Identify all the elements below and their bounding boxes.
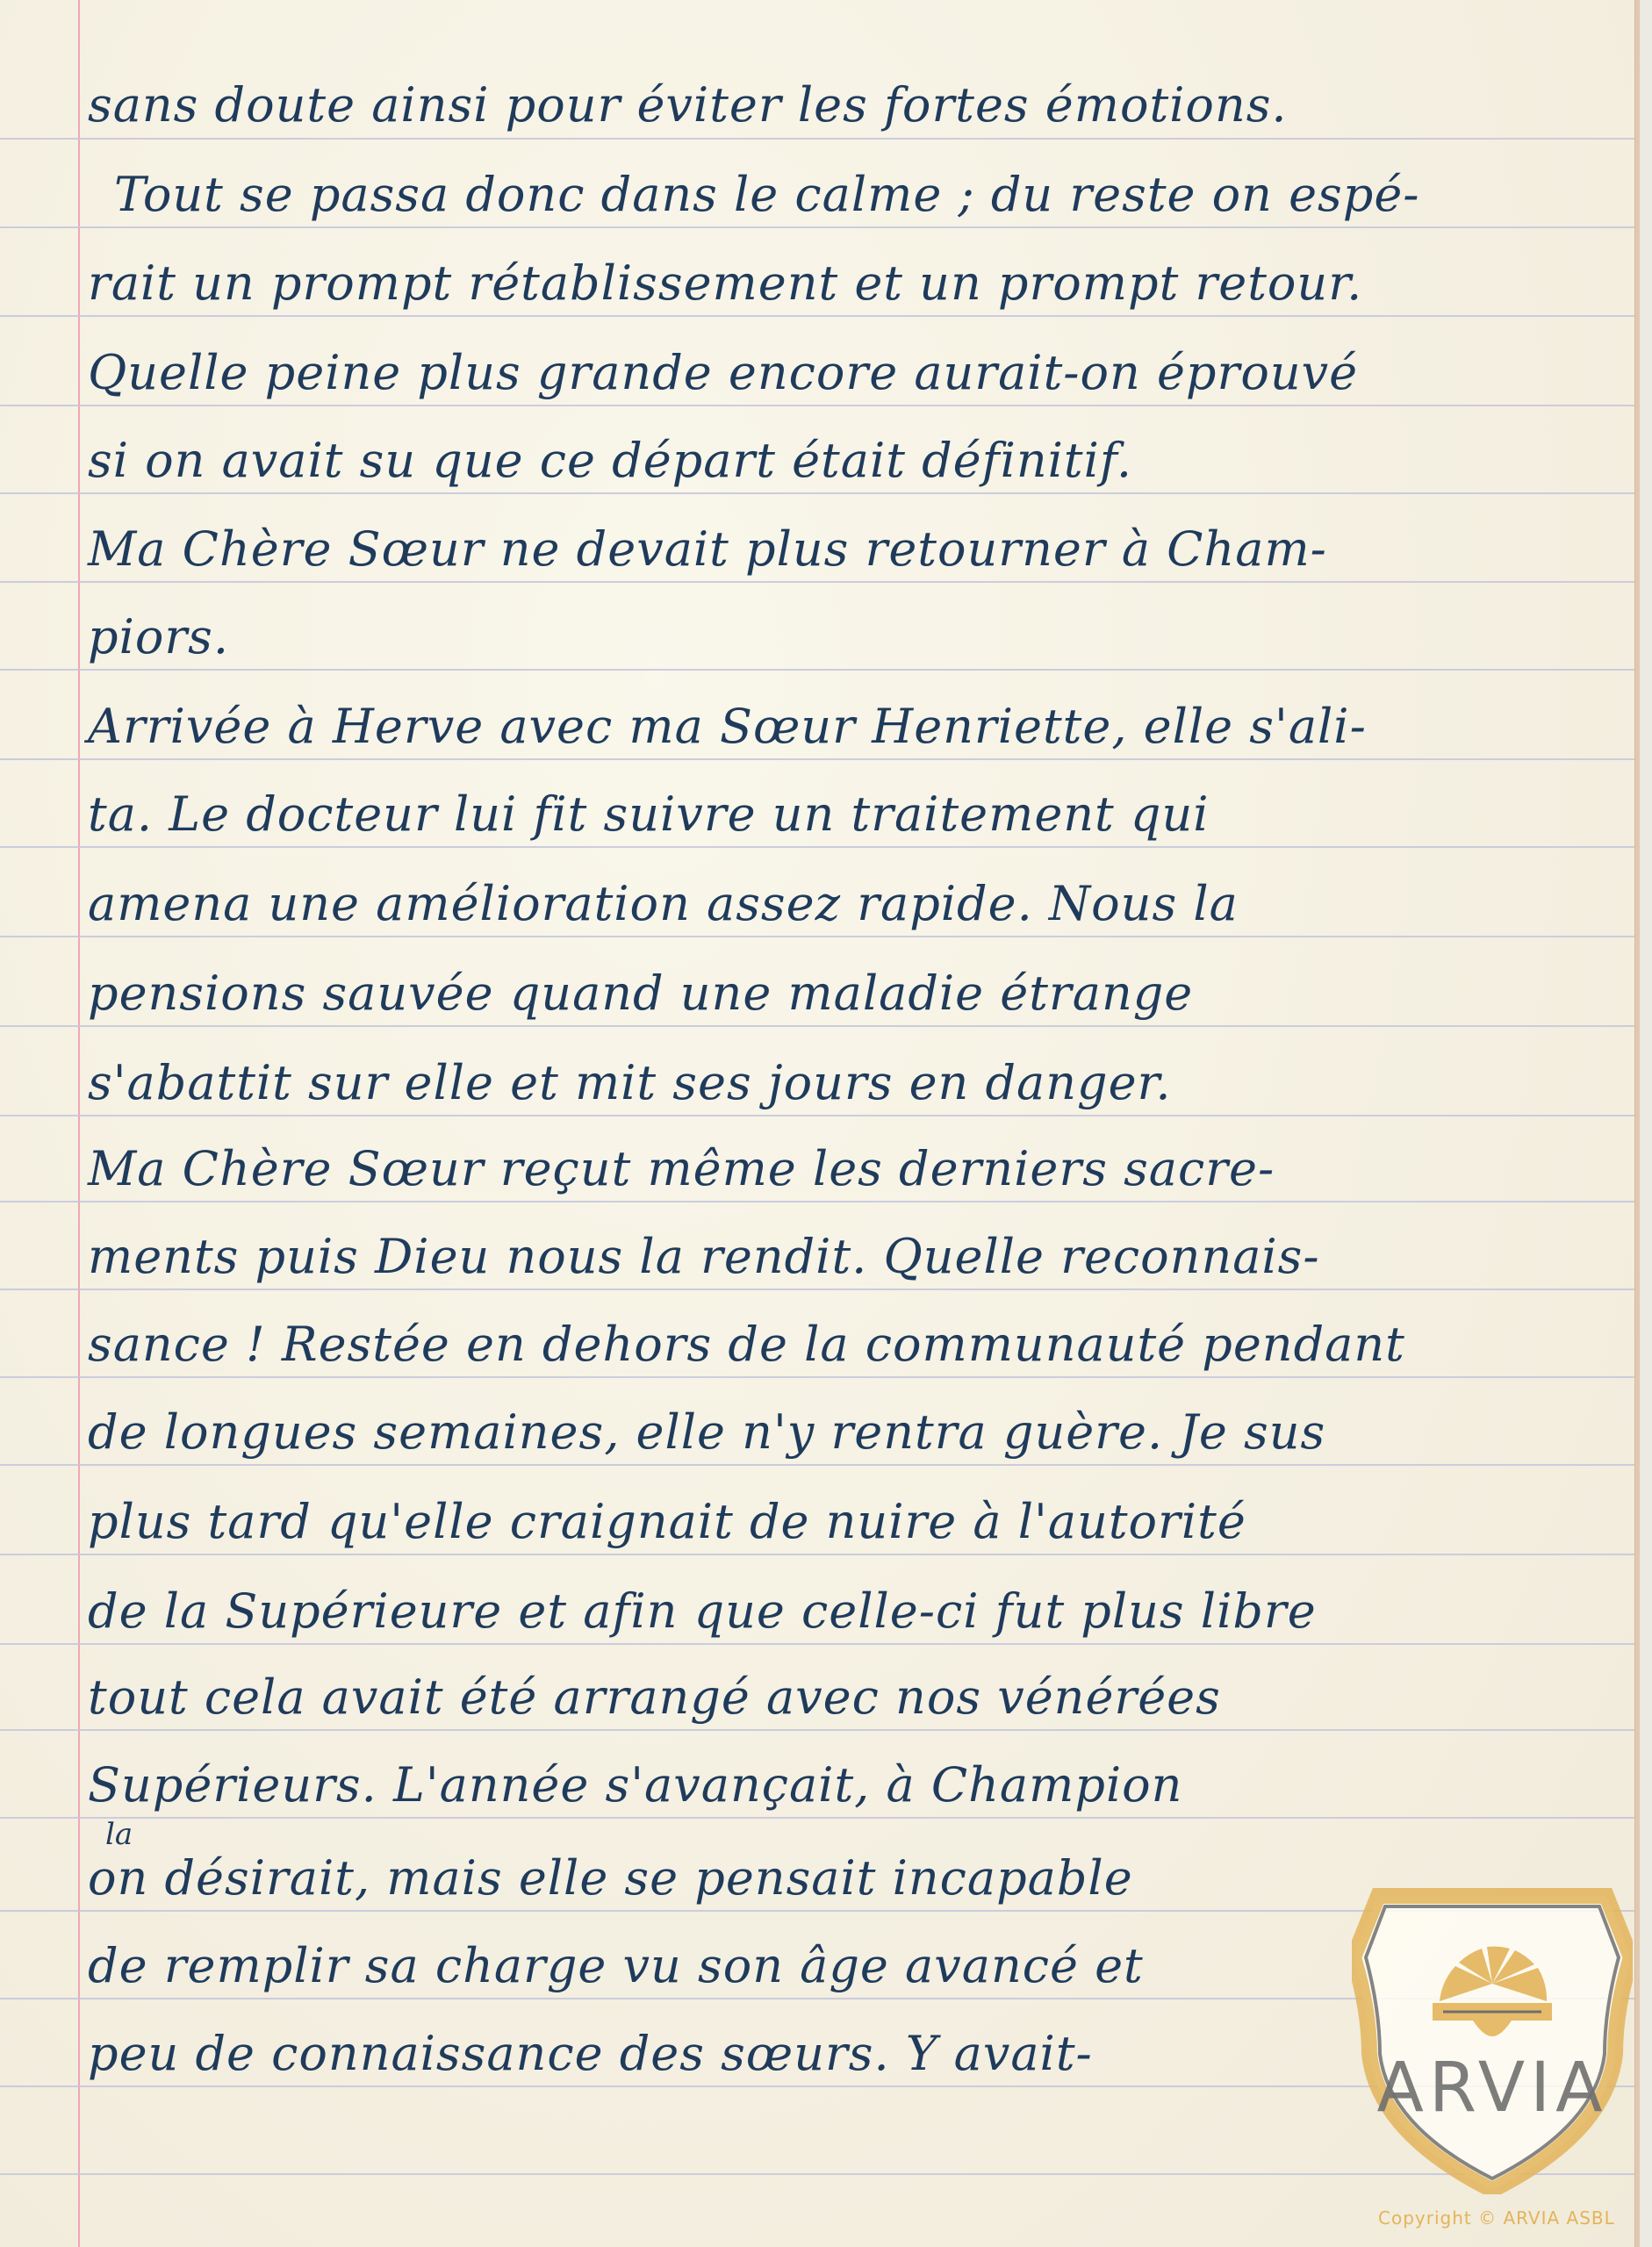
handwritten-line: peu de connaissance des sœurs. Y avait- [88,2026,1093,2081]
handwritten-line: Arrivée à Herve avec ma Sœur Henriette, … [88,699,1367,754]
handwritten-line: sance ! Restée en dehors de la communaut… [88,1317,1405,1372]
arvia-watermark-logo: ARVIA [1352,1870,1633,2194]
ruled-line [0,1729,1634,1731]
ruled-line [0,1289,1634,1290]
handwritten-line: piors. [88,609,229,664]
handwritten-line: de la Supérieure et afin que celle-ci fu… [88,1583,1317,1639]
ruled-line [0,936,1634,937]
handwritten-line: on désirait, mais elle se pensait incapa… [88,1850,1133,1906]
handwritten-line: s'abattit sur elle et mit ses jours en d… [88,1055,1172,1110]
svg-text:ARVIA: ARVIA [1376,2049,1607,2128]
handwritten-line: Ma Chère Sœur ne devait plus retourner à… [88,521,1327,577]
ruled-line [0,1817,1634,1819]
handwritten-line: si on avait su que ce départ était défin… [88,433,1132,488]
ruled-line [0,1464,1634,1466]
shield-book-icon: ARVIA [1352,1870,1633,2194]
ruled-line [0,581,1634,583]
ruled-line [0,1201,1634,1202]
handwritten-line: tout cela avait été arrangé avec nos vén… [88,1669,1221,1725]
handwritten-line: de longues semaines, elle n'y rentra guè… [88,1404,1325,1460]
handwritten-line: Ma Chère Sœur reçut même les derniers sa… [88,1141,1275,1196]
ruled-line [0,758,1634,760]
handwritten-line: sans doute ainsi pour éviter les fortes … [88,77,1288,133]
ruled-line [0,138,1634,140]
ruled-line [0,492,1634,494]
ruled-line [0,1025,1634,1027]
handwritten-line: Tout se passa donc dans le calme ; du re… [114,167,1420,222]
handwritten-line: Supérieurs. L'année s'avançait, à Champi… [88,1757,1182,1813]
handwritten-line: de remplir sa charge vu son âge avancé e… [88,1938,1144,1993]
page-edge [1634,0,1640,2247]
ruled-line [0,1554,1634,1555]
ruled-line [0,315,1634,317]
copyright-notice: Copyright © ARVIA ASBL [1378,2208,1615,2229]
ruled-line [0,1376,1634,1378]
ruled-line [0,405,1634,406]
handwritten-line: ments puis Dieu nous la rendit. Quelle r… [88,1229,1320,1284]
ruled-line [0,1643,1634,1645]
handwritten-line: Quelle peine plus grande encore aurait-o… [88,345,1358,400]
ruled-line [0,226,1634,228]
handwritten-line: plus tard qu'elle craignait de nuire à l… [88,1494,1246,1549]
ruled-line [0,669,1634,671]
ruled-line [0,846,1634,848]
handwritten-line: amena une amélioration assez rapide. Nou… [88,876,1239,931]
ruled-line [0,1115,1634,1116]
handwritten-line: pensions sauvée quand une maladie étrang… [88,966,1193,1021]
interlinear-insertion: la [105,1817,133,1852]
handwritten-line: ta. Le docteur lui fit suivre un traitem… [88,786,1210,842]
handwritten-line: rait un prompt rétablissement et un prom… [88,255,1362,311]
